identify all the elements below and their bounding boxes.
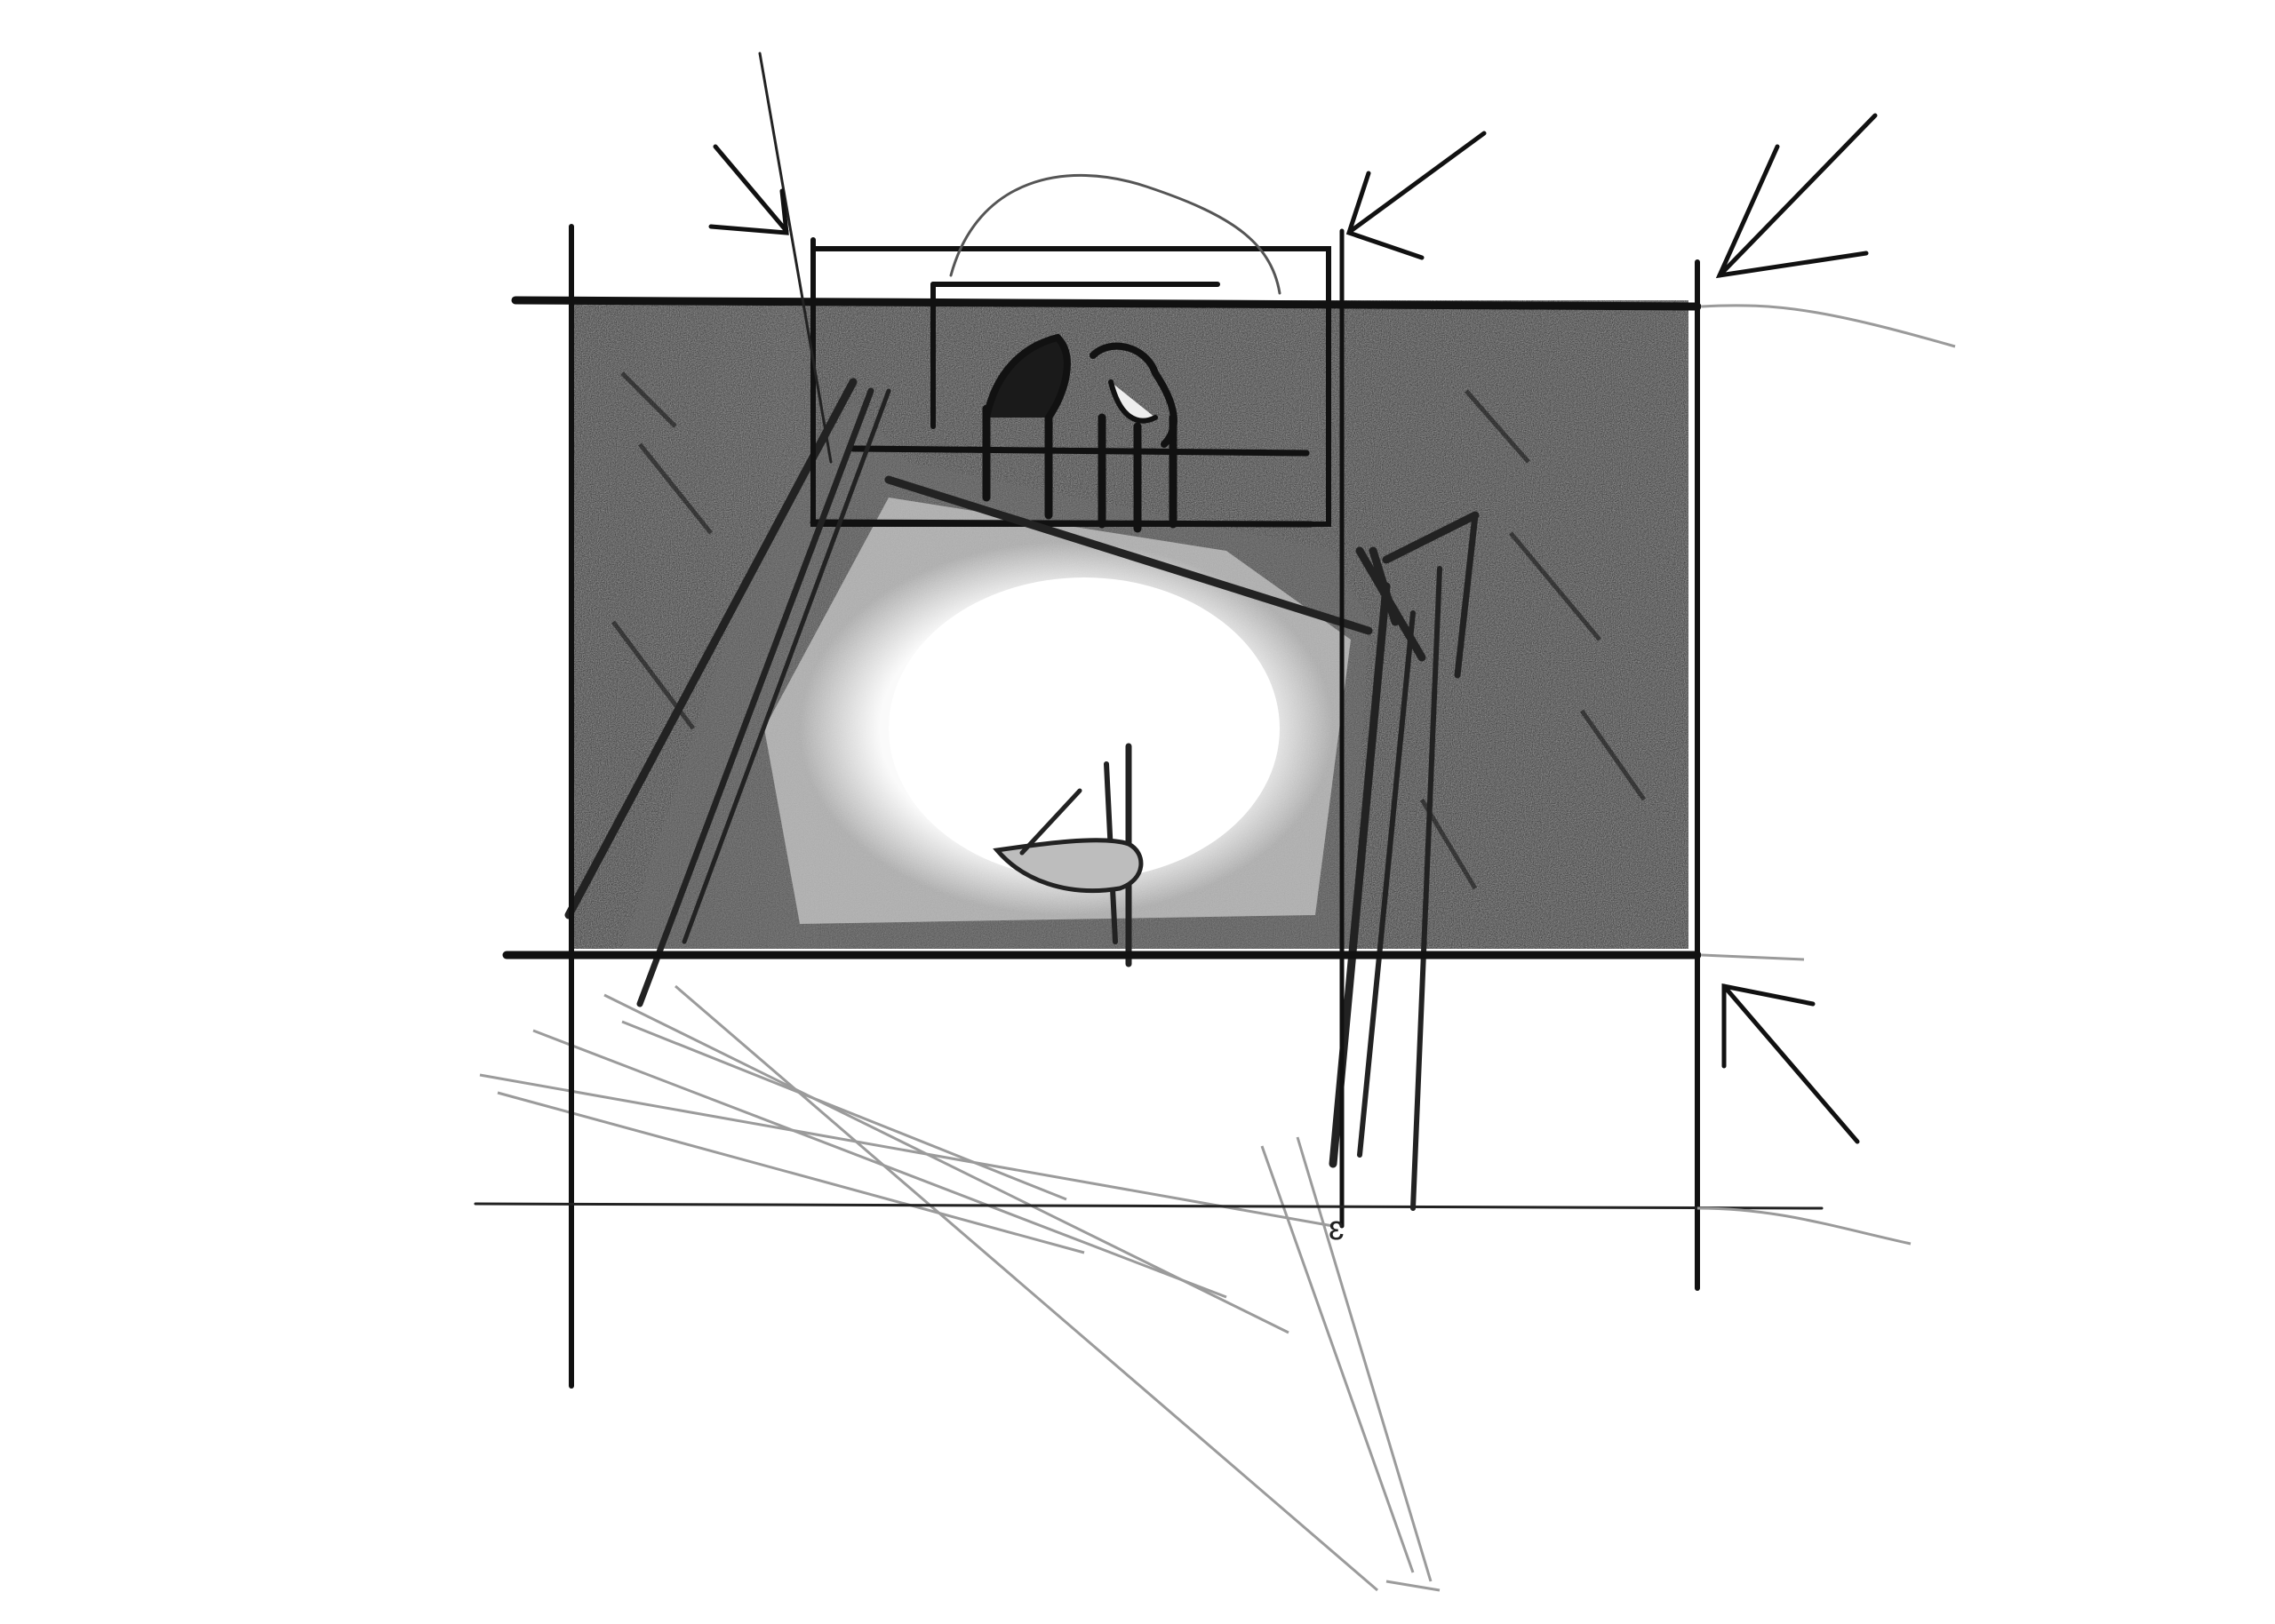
arrow-top-right-icon: [1720, 115, 1875, 275]
arrow-top-middle-icon: [1349, 133, 1484, 258]
annotation-mark: ɛ: [1329, 1210, 1344, 1247]
lower-projection: [480, 986, 1440, 1590]
sketch-drawing: ɛ: [0, 0, 2275, 1624]
sketch-canvas: graphite pencil sketch: [0, 0, 2275, 1624]
arrow-bottom-right-icon: [1724, 986, 1857, 1142]
arrow-top-left-icon: [711, 147, 786, 233]
